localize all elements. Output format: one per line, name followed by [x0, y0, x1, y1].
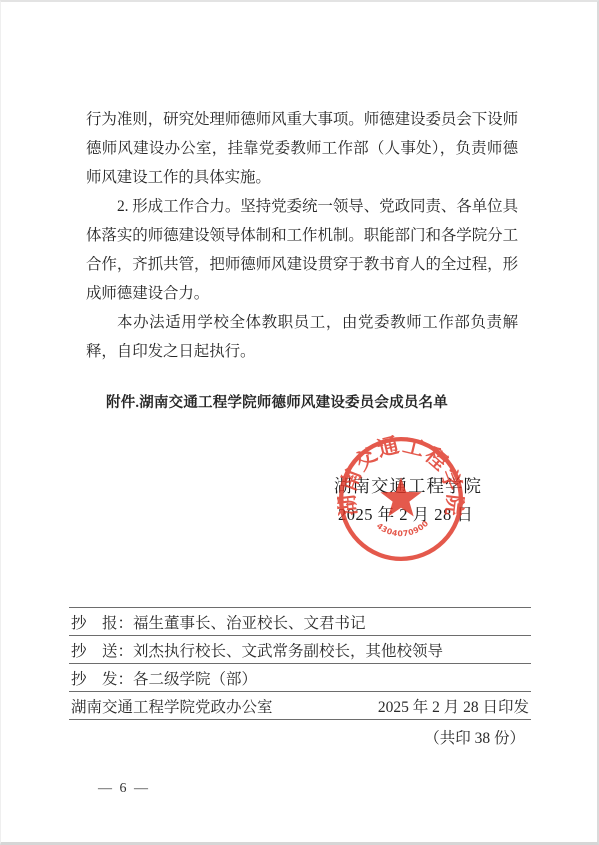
table-row: 抄 发：各二级学院（部） [69, 663, 531, 691]
copies-note: （共印 38 份） [69, 720, 531, 748]
attachment-line: 附件.湖南交通工程学院师德师风建设委员会成员名单 [106, 391, 526, 412]
row-label: 抄 发： [71, 667, 133, 689]
row-label: 抄 送： [71, 639, 133, 661]
row-content: 各二级学院（部） [133, 667, 257, 689]
paragraph: 2. 形成工作合力。坚持党委统一领导、党政同责、各单位具体落实的师德建设领导体制… [86, 192, 518, 308]
row-content: 刘杰执行校长、文武常务副校长，其他校领导 [133, 639, 443, 661]
signature-org: 湖南交通工程学院 [334, 473, 482, 498]
body-text: 行为准则，研究处理师德师风重大事项。师德建设委员会下设师德师风建设办公室，挂靠党… [86, 105, 518, 366]
paragraph: 本办法适用学校全体教职员工，由党委教师工作部负责解释，自印发之日起执行。 [86, 308, 518, 366]
paragraph: 行为准则，研究处理师德师风重大事项。师德建设委员会下设师德师风建设办公室，挂靠党… [86, 105, 518, 192]
seal-ring [341, 439, 461, 559]
issuer-name: 湖南交通工程学院党政办公室 [71, 695, 273, 717]
table-row: 抄 报：福生董事长、治亚校长、文君书记 [69, 607, 531, 635]
document-page: 行为准则，研究处理师德师风重大事项。师德建设委员会下设师德师风建设办公室，挂靠党… [0, 0, 599, 845]
official-seal: 湖南交通工程学院 4304070900203 [337, 435, 465, 563]
print-date: 2025 年 2 月 28 日印发 [378, 695, 529, 717]
row-content: 福生董事长、治亚校长、文君书记 [133, 611, 366, 633]
row-label: 抄 报： [71, 611, 133, 633]
issuer-row: 湖南交通工程学院党政办公室 2025 年 2 月 28 日印发 [69, 691, 531, 720]
table-row: 抄 送：刘杰执行校长、文武常务副校长，其他校领导 [69, 635, 531, 663]
signature-date: 2025 年 2 月 28 日 [338, 501, 473, 525]
page-number: — 6 — [98, 781, 150, 797]
distribution-table: 抄 报：福生董事长、治亚校长、文君书记 抄 送：刘杰执行校长、文武常务副校长，其… [69, 607, 531, 748]
